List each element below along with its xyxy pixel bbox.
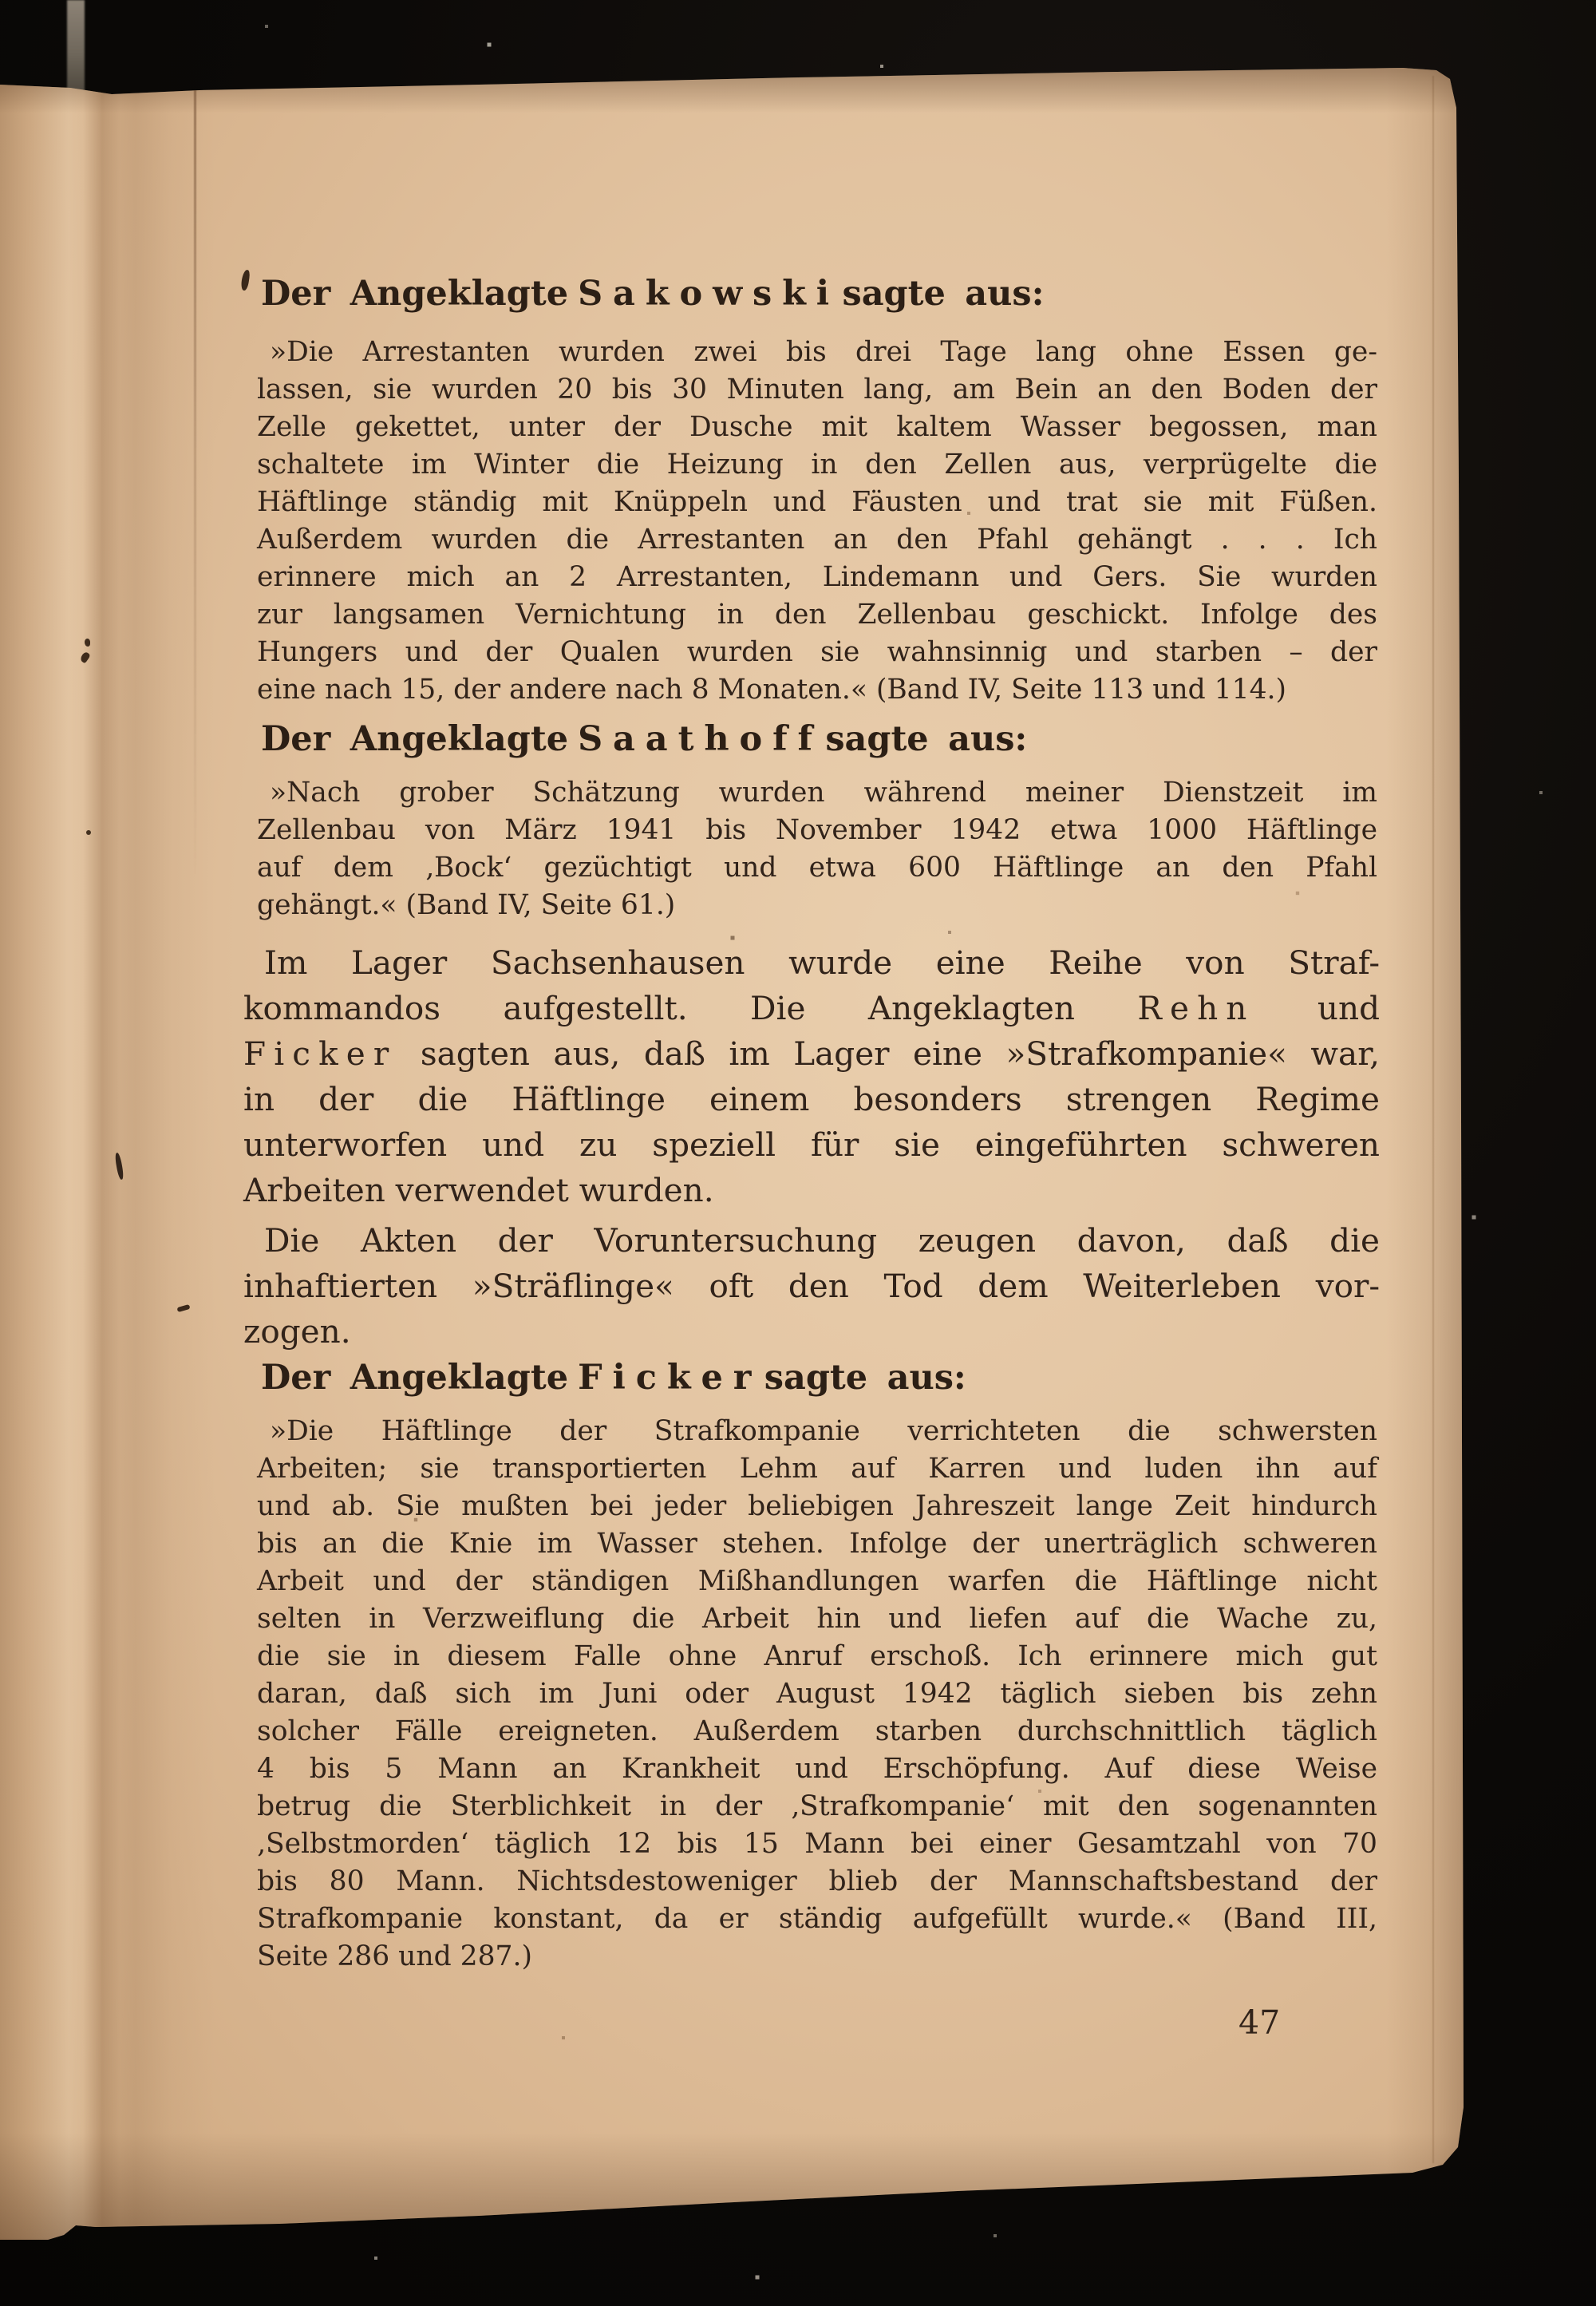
text-line: zur langsamen Vernichtung in den Zellenb… [257, 596, 1377, 634]
text-line: und ab. Sie mußten bei jeder beliebigen … [257, 1488, 1377, 1525]
heading-prefix: Der Angeklagte [261, 274, 568, 314]
book-page: Der AngeklagteSakowskisagte aus:»Die Arr… [0, 0, 1596, 2306]
text-line: solcher Fälle ereigneten. Außerdem starb… [257, 1713, 1377, 1750]
text-line: unterworfen und zu speziell für sie eing… [243, 1122, 1380, 1168]
text-line: kommandos aufgestellt. Die Angeklagten R… [243, 986, 1380, 1031]
defendant-name: Sakowski [578, 274, 839, 314]
defendant-name: Saathoff [578, 719, 823, 759]
text-line: Im Lager Sachsenhausen wurde eine Reihe … [243, 940, 1380, 986]
text-line: eine nach 15, der andere nach 8 Monaten.… [257, 671, 1377, 709]
body-paragraph: Die Akten der Voruntersuchung zeugen dav… [243, 1218, 1380, 1355]
body-paragraph: Im Lager Sachsenhausen wurde eine Reihe … [243, 940, 1380, 1213]
text-line: Häftlinge ständig mit Knüppeln und Fäust… [257, 484, 1377, 521]
text-line: betrug die Sterblichkeit in der ‚Strafko… [257, 1788, 1377, 1825]
text-line: bis an die Knie im Wasser stehen. Infolg… [257, 1525, 1377, 1563]
defendant-name: Ficker [243, 1034, 397, 1073]
witness-heading: Der AngeklagteSaathoffsagte aus: [261, 718, 1027, 760]
text-line: gehängt.« (Band IV, Seite 61.) [257, 887, 1377, 924]
text-line: »Die Arrestanten wurden zwei bis drei Ta… [257, 334, 1377, 371]
text-line: Hungers und der Qualen wurden sie wahnsi… [257, 634, 1377, 671]
text-line: erinnere mich an 2 Arrestanten, Lindeman… [257, 559, 1377, 596]
text-line: schaltete im Winter die Heizung in den Z… [257, 446, 1377, 484]
scan-canvas: Der AngeklagteSakowskisagte aus:»Die Arr… [0, 0, 1596, 2306]
text-line: Zelle gekettet, unter der Dusche mit kal… [257, 409, 1377, 446]
testimony-quote: »Die Arrestanten wurden zwei bis drei Ta… [257, 334, 1377, 709]
testimony-quote: »Die Häftlinge der Strafkompanie verrich… [257, 1413, 1377, 1976]
text-line: lassen, sie wurden 20 bis 30 Minuten lan… [257, 371, 1377, 409]
page-number: 47 [1238, 2003, 1280, 2042]
defendant-name: Ficker [578, 1358, 761, 1398]
text-line: inhaftierten »Sträflinge« oft den Tod de… [243, 1264, 1380, 1309]
line-segment: sagten aus, daß im Lager eine »Strafkomp… [397, 1034, 1380, 1073]
text-line: Die Akten der Voruntersuchung zeugen dav… [243, 1218, 1380, 1264]
text-line: Strafkompanie konstant, da er ständig au… [257, 1901, 1377, 1938]
text-line: Seite 286 und 287.) [257, 1938, 1377, 1976]
text-line: die sie in diesem Falle ohne Anruf ersch… [257, 1638, 1377, 1675]
heading-suffix: sagte aus: [842, 274, 1044, 314]
text-line: Arbeiten verwendet wurden. [243, 1168, 1380, 1213]
heading-prefix: Der Angeklagte [261, 1358, 568, 1398]
text-line: selten in Verzweiflung die Arbeit hin un… [257, 1600, 1377, 1638]
witness-heading: Der AngeklagteFickersagte aus: [261, 1357, 966, 1398]
text-line: ‚Selbstmorden‘ täglich 12 bis 15 Mann be… [257, 1825, 1377, 1863]
text-line: 4 bis 5 Mann an Krankheit und Erschöpfun… [257, 1750, 1377, 1788]
line-segment: kommandos aufgestellt. Die Angeklagten [243, 989, 1137, 1027]
text-line: auf dem ‚Bock‘ gezüchtigt und etwa 600 H… [257, 849, 1377, 887]
book-hinge-edge [67, 0, 85, 97]
text-line: Ficker sagten aus, daß im Lager eine »St… [243, 1031, 1380, 1077]
dust-speckles [0, 0, 2, 2]
heading-suffix: sagte aus: [825, 719, 1027, 759]
text-line: Zellenbau von März 1941 bis November 194… [257, 812, 1377, 849]
heading-suffix: sagte aus: [764, 1358, 966, 1398]
text-line: in der die Häftlinge einem besonders str… [243, 1077, 1380, 1122]
witness-heading: Der AngeklagteSakowskisagte aus: [261, 273, 1044, 314]
text-line: daran, daß sich im Juni oder August 1942… [257, 1675, 1377, 1713]
text-line: »Die Häftlinge der Strafkompanie verrich… [257, 1413, 1377, 1450]
page-text: Der AngeklagteSakowskisagte aus:»Die Arr… [0, 0, 1596, 2306]
heading-prefix: Der Angeklagte [261, 719, 568, 759]
text-line: Arbeit und der ständigen Mißhandlungen w… [257, 1563, 1377, 1600]
text-line: zogen. [243, 1309, 1380, 1355]
testimony-quote: »Nach grober Schätzung wurden während me… [257, 774, 1377, 924]
text-line: Außerdem wurden die Arrestanten an den P… [257, 521, 1377, 559]
defendant-name: Rehn [1137, 989, 1254, 1027]
line-segment: und [1255, 989, 1381, 1027]
text-line: »Nach grober Schätzung wurden während me… [257, 774, 1377, 812]
text-line: bis 80 Mann. Nichtsdestoweniger blieb de… [257, 1863, 1377, 1901]
text-line: Arbeiten; sie transportierten Lehm auf K… [257, 1450, 1377, 1488]
